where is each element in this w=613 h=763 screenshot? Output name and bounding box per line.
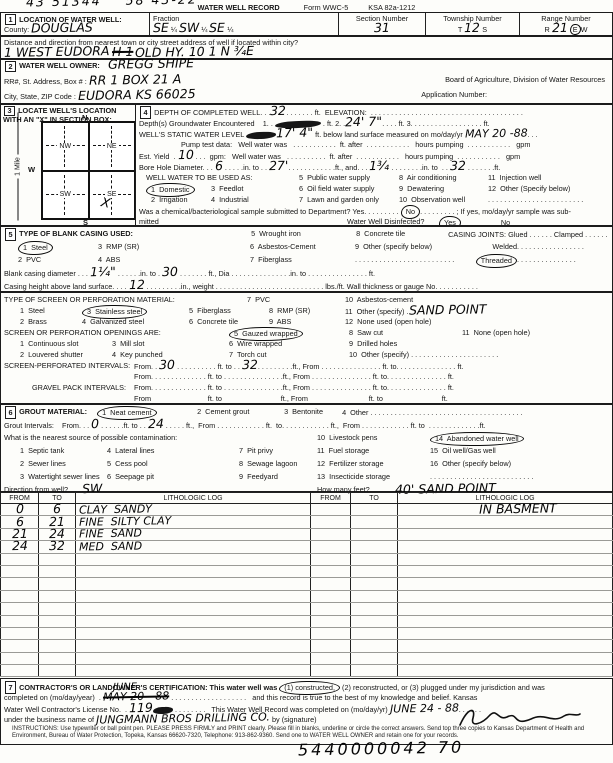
casing-height-value: 12	[128, 280, 144, 289]
quadrant-nw: NW	[42, 122, 89, 171]
scribble-mark	[246, 131, 276, 139]
screen-option-4: 4 Galvanized steel	[82, 316, 189, 327]
section-2-number: 2	[5, 61, 16, 72]
est-yield-value: 10	[177, 150, 193, 159]
openings-option-2: 2 Louvered shutter	[20, 349, 112, 360]
log-lith: CLAY SANDY	[79, 504, 152, 514]
grout-rest: . . . . . ft., From . . . . . . . . . . …	[164, 421, 486, 430]
screen-option-2: 2 Brass	[20, 316, 82, 327]
quadrant-sw: SW	[42, 171, 89, 220]
bore-diameter-1: 6	[215, 161, 223, 170]
section-1-location: 1LOCATION OF WATER WELL: County: DOUGLAS…	[0, 12, 613, 36]
section-6-number: 6	[5, 406, 16, 419]
casing-option-9: 9 Other (specify below)	[355, 241, 447, 252]
county-label: County:	[4, 25, 29, 34]
casing-option-2: 2 PVC	[18, 254, 98, 265]
contamination-question: What is the nearest source of possible c…	[4, 432, 317, 443]
grout-option-4: 4 Other	[342, 408, 368, 417]
disinfected-yes-circled: Yes	[439, 216, 461, 226]
business-name-value: JUNGMANN BROS DRILLING CO.	[96, 712, 270, 724]
groundwater-2-value: 24' 7"	[345, 117, 382, 127]
contamination-option-12: 12 Fertilizer storage	[317, 458, 430, 469]
depth-completed-value: 32	[270, 106, 286, 115]
contamination-option-1: 1 Septic tank	[20, 445, 107, 456]
est-yield-rest: . . . gpm: Well water was . . . . . . . …	[193, 152, 520, 161]
quadrant-ne-label: NE	[105, 143, 119, 150]
bore-depth-1: 27'	[269, 161, 288, 170]
log-row-empty	[1, 565, 613, 577]
bore-to-2-label: . . . . . . . .in. to . .	[390, 163, 450, 172]
depth-completed-label: DEPTH OF COMPLETED WELL. . .	[154, 108, 270, 117]
bore-and-label: . . . . . . . . . . . .ft., and. . .	[288, 163, 369, 172]
application-number-label: Application Number:	[421, 90, 487, 104]
interval-to-label: . . . . . . . . . . ft. to . .	[175, 362, 242, 371]
use-option-9: 9 Dewatering	[399, 183, 488, 194]
groundwater-label: Depth(s) Groundwater Encountered 1. .	[139, 119, 275, 128]
gravel-blank-line-2: From ft. to ft., From ft. to ft.	[4, 393, 609, 404]
casing-dia-rest: . . . . . . . ft., Dia . . . . . . . . .…	[178, 269, 375, 278]
log-to: 32	[49, 541, 65, 550]
use-option-8: 8 Air conditioning	[399, 172, 488, 183]
section-6-grout: 6GROUT MATERIAL:1 Neat cement2 Cement gr…	[0, 404, 613, 492]
range-r: R	[544, 25, 549, 34]
dotted-blank: . . . . . . . . . . . . . . . . . . . . …	[370, 408, 522, 417]
compass-west: W	[28, 165, 35, 174]
range-east-circled: E	[570, 24, 581, 35]
use-option-7: 7 Lawn and garden only	[299, 194, 399, 205]
blank-casing-diameter-label: Blank casing diameter . . .	[4, 269, 90, 278]
well-location-x-mark: X	[100, 198, 111, 209]
range-cell: Range Number R 21 EW	[519, 13, 612, 35]
dotted-blank: . . . . . . . . . . . . . . . . . . . . …	[355, 254, 447, 265]
static-water-level-label: WELL'S STATIC WATER LEVEL	[139, 130, 246, 139]
township-value: 12	[464, 23, 480, 32]
use-option-11: 11 Injection well	[488, 172, 541, 183]
dotted-blank: . . . . . . . . . . . . . . . . . . . . …	[411, 350, 498, 359]
city-state-zip-value: EUDORA KS 66025	[78, 89, 196, 100]
openings-option-1: 1 Continuous slot	[20, 338, 112, 349]
log-from: 0	[15, 504, 23, 513]
log-row: 2124FINE SAND	[1, 528, 613, 540]
blank-casing-diameter-value: 1¼"	[90, 267, 116, 276]
address-label: RR#, St. Address, Box # :	[4, 77, 87, 86]
grout-intervals-label: Grout Intervals: From. . .	[4, 421, 91, 430]
county-cell: 1LOCATION OF WATER WELL: County: DOUGLAS	[1, 13, 149, 35]
township-cell: Township Number T 12 S	[425, 13, 519, 35]
log-to: 24	[49, 529, 65, 538]
signature	[452, 705, 582, 731]
use-label: WELL WATER TO BE USED AS:	[146, 172, 299, 183]
board-of-agriculture-label: Board of Agriculture, Division of Water …	[445, 75, 605, 90]
completed-date-correction: JUNE	[113, 683, 137, 692]
log-to: 6	[53, 504, 61, 513]
use-option-4: 4 Industrial	[211, 194, 299, 205]
screen-material-title: TYPE OF SCREEN OR PERFORATION MATERIAL:	[4, 294, 247, 305]
casing-joints-welded: Welded	[447, 241, 517, 252]
range-value: 21	[552, 23, 568, 32]
casing-option-3: 3 RMP (SR)	[98, 241, 250, 252]
business-name-label: under the business name of	[4, 715, 96, 724]
log-note: IN BASMENT	[479, 504, 557, 514]
sample-question: Was a chemical/bacteriological sample su…	[139, 207, 401, 216]
openings-option-10: 10 Other (specify)	[349, 350, 409, 359]
screen-perforation-section: TYPE OF SCREEN OR PERFORATION MATERIAL:7…	[0, 292, 613, 404]
bore-ft-label: . . . . . . .ft.	[466, 163, 500, 172]
dotted-blank: . . . . . . . . . . . . . . .	[517, 255, 576, 264]
quadrant-se-label: SE	[105, 191, 118, 198]
casing-joints-label: CASING JOINTS: Glued . . . . . . Clamped…	[448, 230, 607, 239]
log-lith: FINE SILTY CLAY	[79, 516, 171, 527]
log-header-to-2: TO	[351, 493, 398, 504]
contamination-option-13: 13 Insecticide storage	[317, 471, 430, 482]
interval-blank-line: From. . . . . . . . . . . . . . ft. to .…	[4, 371, 609, 382]
casing-height-label: Casing height above land surface. . . .	[4, 282, 129, 291]
section-5-number: 5	[5, 228, 16, 241]
log-row-empty	[1, 590, 613, 602]
one-mile-scale: 1 Mile	[15, 113, 22, 221]
section-number-value: 31	[374, 23, 390, 32]
perforated-to-value: 32	[242, 360, 258, 369]
use-option-12: 12 Other (Specify below)	[488, 183, 570, 194]
certification-text-2: (2) reconstructed, or (3) plugged under …	[340, 683, 545, 692]
dotted-blank: . . . . . . . . . . . . . . . . . . . . …	[488, 194, 583, 205]
address-value: RR 1 BOX 21 A	[89, 74, 181, 85]
gravel-pack-intervals-label: GRAVEL PACK INTERVALS:	[4, 382, 134, 393]
signature-label: by (signature)	[270, 715, 317, 724]
use-option-2: 2 Irrigation	[151, 194, 211, 205]
casing-option-8: 8 Concrete tile	[356, 228, 448, 239]
log-header-from-2: FROM	[311, 493, 351, 504]
fraction-1: SE	[153, 23, 169, 32]
contamination-option-6: 6 Seepage pit	[107, 471, 239, 482]
openings-option-3: 3 Mill slot	[112, 338, 229, 349]
distance-value-1: 1 WEST EUDORA	[4, 46, 110, 57]
grout-option-3: 3 Bentonite	[284, 406, 342, 417]
static-water-level-rest: ft. below land surface measured on mo/da…	[313, 130, 465, 139]
log-row-empty	[1, 652, 613, 664]
screen-option-12: 12 None used (open hole)	[345, 317, 431, 326]
interval-rest: . . . . . . . . .ft., From . . . . . . .…	[258, 362, 464, 371]
fraction-3: SE	[209, 23, 225, 32]
contamination-option-10: 10 Livestock pens	[317, 432, 430, 443]
log-row-empty	[1, 627, 613, 639]
use-option-10: 10 Observation well	[399, 194, 488, 205]
log-from: 24	[11, 541, 27, 550]
log-lith: FINE SAND	[79, 529, 142, 539]
use-option-5: 5 Public water supply	[299, 172, 399, 183]
gravel-blank-line: From. . . . . . . . . . . . . . ft. to .…	[134, 383, 454, 392]
one-mile-label: 1 Mile	[15, 157, 22, 176]
quadrant-ne: NE	[89, 122, 136, 171]
city-state-zip-label: City, State, ZIP Code :	[4, 92, 76, 101]
quarter-mark: ¼	[227, 25, 233, 34]
casing-option-5: 5 Wrought iron	[251, 228, 356, 239]
section-2-owner: 2 WATER WELL OWNER: GREGG SHIPE RR#, St.…	[0, 59, 613, 104]
openings-option-8: 8 Saw cut	[349, 327, 462, 338]
section-3-locate: 3LOCATE WELL'S LOCATION WITH AN "X" IN S…	[0, 104, 136, 226]
static-water-level-value: 17' 4"	[276, 128, 313, 138]
handwritten-bottom-number: 5440000042 70	[298, 743, 464, 755]
contamination-option-8: 8 Sewage lagoon	[239, 458, 317, 469]
section-6-title: GROUT MATERIAL:	[19, 406, 97, 417]
township-t: T	[458, 25, 462, 34]
quadrant-nw-label: NW	[57, 143, 73, 150]
screen-option-10: 10 Asbestos-cement	[345, 295, 413, 304]
grout-to-label: . . . . . .ft. to . .	[99, 421, 148, 430]
openings-option-11: 11 None (open hole)	[462, 328, 530, 337]
screen-option-6: 6 Concrete tile	[189, 316, 269, 327]
openings-title: SCREEN OR PERFORATION OPENINGS ARE:	[4, 327, 229, 338]
log-from: 21	[11, 529, 27, 538]
log-row-empty	[1, 553, 613, 565]
log-row-empty	[1, 578, 613, 590]
log-row-empty	[1, 640, 613, 652]
distance-direction: Distance and direction from nearest town…	[0, 36, 613, 59]
record-completed-date: JUNE 24 - 88	[390, 703, 459, 713]
township-s: S	[482, 25, 487, 34]
bore-to-label: . . . . .in. to . .	[223, 163, 269, 172]
log-row-empty	[1, 615, 613, 627]
contamination-option-7: 7 Pit privy	[239, 445, 317, 456]
casing-option-6: 6 Asbestos-Cement	[250, 241, 355, 252]
contamination-option-11: 11 Fuel storage	[317, 445, 430, 456]
screen-option-7: 7 PVC	[247, 294, 345, 305]
screen-other-value: SAND POINT	[408, 304, 486, 314]
contamination-option-4: 4 Lateral lines	[107, 445, 239, 456]
screen-perforated-intervals-label: SCREEN-PERFORATED INTERVALS:	[4, 360, 134, 371]
perforated-from-value: 30	[159, 360, 175, 369]
disinfected-label: Water Well Disinfected?	[347, 216, 439, 226]
openings-option-9: 9 Drilled holes	[349, 339, 397, 348]
section-number-cell: Section Number 31	[338, 13, 425, 35]
form-number: Form WWC-5	[304, 3, 349, 12]
log-row: 2432MED SAND	[1, 541, 613, 553]
pump-test-line: Pump test data: Well water was . . . . .…	[139, 139, 609, 150]
quarter-mark: ¼	[201, 25, 207, 34]
casing-option-7: 7 Fiberglass	[250, 254, 355, 265]
section-5-casing: 5TYPE OF BLANK CASING USED:5 Wrought iro…	[0, 226, 613, 292]
dotted-blank: . . . . . . . . . . . . . . . . .	[517, 242, 584, 251]
section-2-title: WATER WELL OWNER:	[19, 61, 100, 70]
casing-joints-threaded-circled: Threaded	[476, 254, 517, 268]
section-7-certification: 7CONTRACTOR'S OR LANDOWNER'S CERTIFICATI…	[0, 678, 613, 745]
dotted-blank: . . .	[528, 130, 538, 139]
section-1-number: 1	[5, 14, 16, 25]
use-option-6: 6 Oil field water supply	[299, 183, 399, 194]
disinfected-no: No	[501, 218, 510, 226]
openings-option-6: 6 Wire wrapped	[229, 338, 349, 349]
measured-date-value: MAY 20 -88	[465, 128, 528, 138]
owner-name-value: GREGG SHIPE	[108, 58, 194, 69]
section-grid: NW NE SW SE	[41, 121, 136, 220]
groundwater-2-label: . ft. 2. .	[321, 119, 345, 128]
log-row-empty	[1, 665, 613, 677]
bore-hole-label: Bore Hole Diameter. . .	[139, 163, 215, 172]
log-lith: MED SAND	[79, 541, 142, 551]
distance-struck-text: H 1	[111, 47, 132, 56]
log-row-empty	[1, 603, 613, 615]
contamination-option-14-abandoned-circled: 14 Abandoned water well	[430, 432, 524, 446]
log-from: 6	[15, 517, 23, 526]
grout-from-value: 0	[91, 419, 99, 428]
quarter-mark: ¼	[171, 25, 177, 34]
quadrant-se: SE	[89, 171, 136, 220]
contamination-option-2: 2 Sewer lines	[20, 458, 107, 469]
sample-question-rest: . . . . . . . . . ; If yes, mo/day/yr sa…	[420, 207, 571, 216]
contamination-option-16: 16 Other (specify below)	[430, 459, 511, 468]
statute-ref: KSA 82a-1212	[368, 3, 415, 12]
contamination-option-15: 15 Oil well/Gas well	[430, 446, 496, 455]
log-header-lith: LITHOLOGIC LOG	[76, 493, 311, 504]
grout-option-2: 2 Cement grout	[197, 406, 284, 417]
screen-option-11: 11 Other (specify) .	[345, 307, 409, 316]
est-yield-label: Est. Yield .	[139, 152, 178, 161]
log-to: 21	[49, 516, 65, 525]
bore-depth-2: 32	[450, 161, 466, 170]
grout-to-value: 24	[148, 419, 164, 428]
county-value: DOUGLAS	[31, 22, 93, 32]
casing-option-1-steel-circled: 1 Steel	[18, 241, 53, 255]
lithologic-log-table: FROM TO LITHOLOGIC LOG FROM TO LITHOLOGI…	[0, 492, 613, 677]
fraction-cell: Fraction SE ¼ SW ¼ SE ¼	[149, 13, 338, 35]
use-option-3: 3 Feedlot	[211, 183, 299, 194]
section-5-title: TYPE OF BLANK CASING USED:	[19, 228, 251, 239]
screen-option-5: 5 Fiberglass	[189, 305, 269, 316]
bore-diameter-2: 1¾	[369, 161, 389, 170]
screen-option-9: 9 ABS	[269, 316, 345, 327]
screen-option-1: 1 Steel	[20, 305, 82, 316]
section-4-well-data: 4DEPTH OF COMPLETED WELL. . .32. . . . .…	[135, 104, 613, 226]
elevation-label: . . . . . . . ft. ELEVATION: . . . . . .…	[286, 108, 523, 117]
screen-option-8: 8 RMP (SR)	[269, 305, 345, 316]
license-value: 119	[129, 703, 153, 712]
range-w: W	[581, 25, 588, 34]
quadrant-sw-label: SW	[58, 191, 73, 198]
interval-from-label: From. .	[134, 362, 159, 371]
certification-text-3: . . . . . . . . . . . . . . . . . . . an…	[169, 693, 477, 702]
sample-mitted: mitted	[139, 216, 347, 226]
contamination-option-9: 9 Feedyard	[239, 471, 317, 482]
casing-to-value: 30	[162, 267, 178, 276]
completed-on-label: completed on (mo/day/year) .	[4, 693, 103, 702]
log-row: 06CLAY SANDYIN BASMENT	[1, 504, 613, 516]
casing-weight-label: . . . . . . . . .in., weight . . . . . .…	[144, 282, 477, 291]
form-title: WATER WELL RECORD	[198, 3, 280, 12]
contamination-option-5: 5 Cess pool	[107, 458, 239, 469]
fraction-2: SW	[179, 23, 199, 32]
water-well-record-form: 43 51344 58 43-22 WATER WELL RECORD Form…	[0, 0, 613, 763]
